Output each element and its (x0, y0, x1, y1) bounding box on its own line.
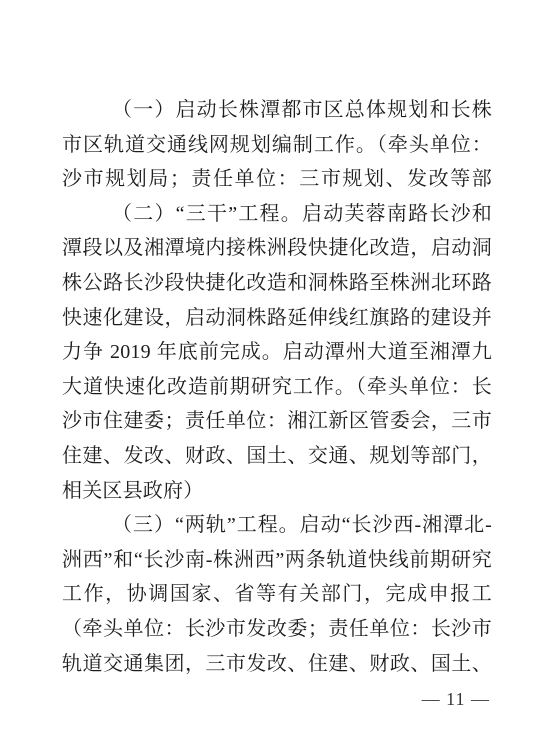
text-line: 轨道交通集团，三市发改、住建、财政、国土、 (62, 647, 492, 682)
text-line: 洲西”和“长沙南-株洲西”两条轨道快线前期研究 (62, 543, 492, 578)
text-line: 大道快速化改造前期研究工作。（牵头单位：长 (62, 370, 492, 405)
text-line: （牵头单位：长沙市发改委；责任单位：长沙市 (62, 612, 492, 647)
text-line: 相关区县政府） (62, 474, 492, 509)
text-line: 住建、发改、财政、国土、交通、规划等部门， (62, 439, 492, 474)
page-number: — 11 — (422, 688, 490, 710)
document-page: （一）启动长株潭都市区总体规划和长株潭都 市区轨道交通线网规划编制工作。（牵头单… (0, 0, 550, 752)
text-line: 沙市住建委；责任单位：湘江新区管委会，三市 (62, 404, 492, 439)
text-line: 市区轨道交通线网规划编制工作。（牵头单位：长 (62, 128, 492, 163)
text-line: 快速化建设，启动洞株路延伸线红旗路的建设并 (62, 301, 492, 336)
text-line: 工作，协调国家、省等有关部门，完成申报工作。 (62, 577, 492, 612)
document-body: （一）启动长株潭都市区总体规划和长株潭都 市区轨道交通线网规划编制工作。（牵头单… (62, 93, 492, 681)
text-line: 潭段以及湘潭境内接株洲段快捷化改造，启动洞 (62, 231, 492, 266)
text-line: 株公路长沙段快捷化改造和洞株路至株洲北环路 (62, 266, 492, 301)
text-line: （一）启动长株潭都市区总体规划和长株潭都 (62, 93, 492, 128)
text-line: （三）“两轨”工程。启动“长沙西-湘潭北-株 (62, 508, 492, 543)
text-line: 沙市规划局；责任单位：三市规划、发改等部门） (62, 162, 492, 197)
text-line: （二）“三干”工程。启动芙蓉南路长沙和湘 (62, 197, 492, 232)
text-line: 力争 2019 年底前完成。启动潭州大道至湘潭九华 (62, 335, 492, 370)
